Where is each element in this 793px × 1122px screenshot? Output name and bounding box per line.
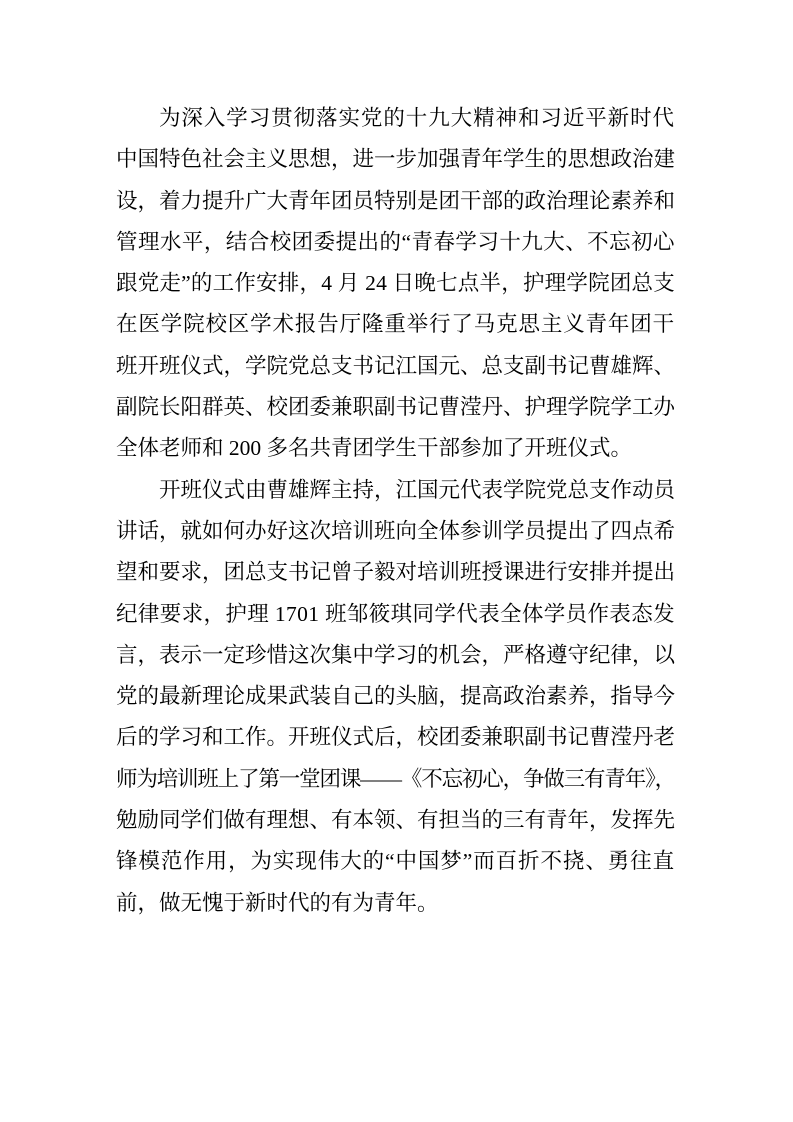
text-line: 副院长阳群英、校团委兼职副书记曹滢丹、护理学院学工办 <box>116 387 675 428</box>
text-run: 讲话，就如何办好这次培训班向全体参训学员提出了四点希 <box>116 511 675 552</box>
text-run: 全体老师和 200 多名共青团学生干部参加了开班仪式。 <box>116 428 632 469</box>
text-run: 跟党走”的工作安排，4 月 24 日晚七点半，护理学院团总支 <box>116 263 675 304</box>
paragraph: 开班仪式由曹雄辉主持，江国元代表学院党总支作动员讲话，就如何办好这次培训班向全体… <box>116 470 675 924</box>
text-line: 勉励同学们做有理想、有本领、有担当的三有青年，发挥先 <box>116 800 675 841</box>
text-line: 前，做无愧于新时代的有为青年。 <box>116 883 675 924</box>
text-run: 言，表示一定珍惜这次集中学习的机会，严格遵守纪律，以 <box>116 635 675 676</box>
document-body: 为深入学习贯彻落实党的十九大精神和习近平新时代中国特色社会主义思想，进一步加强青… <box>116 98 675 924</box>
text-line: 中国特色社会主义思想，进一步加强青年学生的思想政治建 <box>116 139 675 180</box>
text-line: 锋模范作用，为实现伟大的“中国梦”而百折不挠、勇往直 <box>116 841 675 882</box>
text-run: 班开班仪式，学院党总支书记江国元、总支副书记曹雄辉、 <box>116 346 675 387</box>
text-run: 前，做无愧于新时代的有为青年。 <box>116 883 439 924</box>
text-line: 班开班仪式，学院党总支书记江国元、总支副书记曹雄辉、 <box>116 346 675 387</box>
text-run: 纪律要求，护理 1701 班邹筱琪同学代表全体学员作表态发 <box>116 594 675 635</box>
text-run: 望和要求，团总支书记曾子毅对培训班授课进行安排并提出 <box>116 552 675 593</box>
text-run: 后的学习和工作。开班仪式后，校团委兼职副书记曹滢丹老 <box>116 717 675 758</box>
document-page: 为深入学习贯彻落实党的十九大精神和习近平新时代中国特色社会主义思想，进一步加强青… <box>0 0 793 1122</box>
paragraph: 为深入学习贯彻落实党的十九大精神和习近平新时代中国特色社会主义思想，进一步加强青… <box>116 98 675 470</box>
text-line: 讲话，就如何办好这次培训班向全体参训学员提出了四点希 <box>116 511 675 552</box>
text-run: 开班仪式由曹雄辉主持，江国元代表学院党总支作动员 <box>159 470 675 511</box>
text-run: 师为培训班上了第一堂团课——《不忘初心，争做三有青年》， <box>116 759 675 800</box>
text-line: 管理水平，结合校团委提出的“青春学习十九大、不忘初心 <box>116 222 675 263</box>
text-run: 锋模范作用，为实现伟大的“中国梦”而百折不挠、勇往直 <box>116 841 675 882</box>
text-run: 设，着力提升广大青年团员特别是团干部的政治理论素养和 <box>116 181 675 222</box>
text-line: 望和要求，团总支书记曾子毅对培训班授课进行安排并提出 <box>116 552 675 593</box>
text-run: 管理水平，结合校团委提出的“青春学习十九大、不忘初心 <box>116 222 675 263</box>
text-line: 党的最新理论成果武装自己的头脑，提高政治素养，指导今 <box>116 676 675 717</box>
text-line: 纪律要求，护理 1701 班邹筱琪同学代表全体学员作表态发 <box>116 594 675 635</box>
text-line: 全体老师和 200 多名共青团学生干部参加了开班仪式。 <box>116 428 675 469</box>
text-run: 为深入学习贯彻落实党的十九大精神和习近平新时代 <box>159 98 675 139</box>
text-run: 在医学院校区学术报告厅隆重举行了马克思主义青年团干 <box>116 304 675 345</box>
text-run: 中国特色社会主义思想，进一步加强青年学生的思想政治建 <box>116 139 675 180</box>
text-line: 言，表示一定珍惜这次集中学习的机会，严格遵守纪律，以 <box>116 635 675 676</box>
text-line: 后的学习和工作。开班仪式后，校团委兼职副书记曹滢丹老 <box>116 717 675 758</box>
text-line: 设，着力提升广大青年团员特别是团干部的政治理论素养和 <box>116 181 675 222</box>
text-run: 副院长阳群英、校团委兼职副书记曹滢丹、护理学院学工办 <box>116 387 675 428</box>
text-run: 党的最新理论成果武装自己的头脑，提高政治素养，指导今 <box>116 676 675 717</box>
text-line: 为深入学习贯彻落实党的十九大精神和习近平新时代 <box>116 98 675 139</box>
text-run: 勉励同学们做有理想、有本领、有担当的三有青年，发挥先 <box>116 800 675 841</box>
text-line: 在医学院校区学术报告厅隆重举行了马克思主义青年团干 <box>116 304 675 345</box>
text-line: 开班仪式由曹雄辉主持，江国元代表学院党总支作动员 <box>116 470 675 511</box>
text-line: 跟党走”的工作安排，4 月 24 日晚七点半，护理学院团总支 <box>116 263 675 304</box>
text-line: 师为培训班上了第一堂团课——《不忘初心，争做三有青年》， <box>116 759 675 800</box>
